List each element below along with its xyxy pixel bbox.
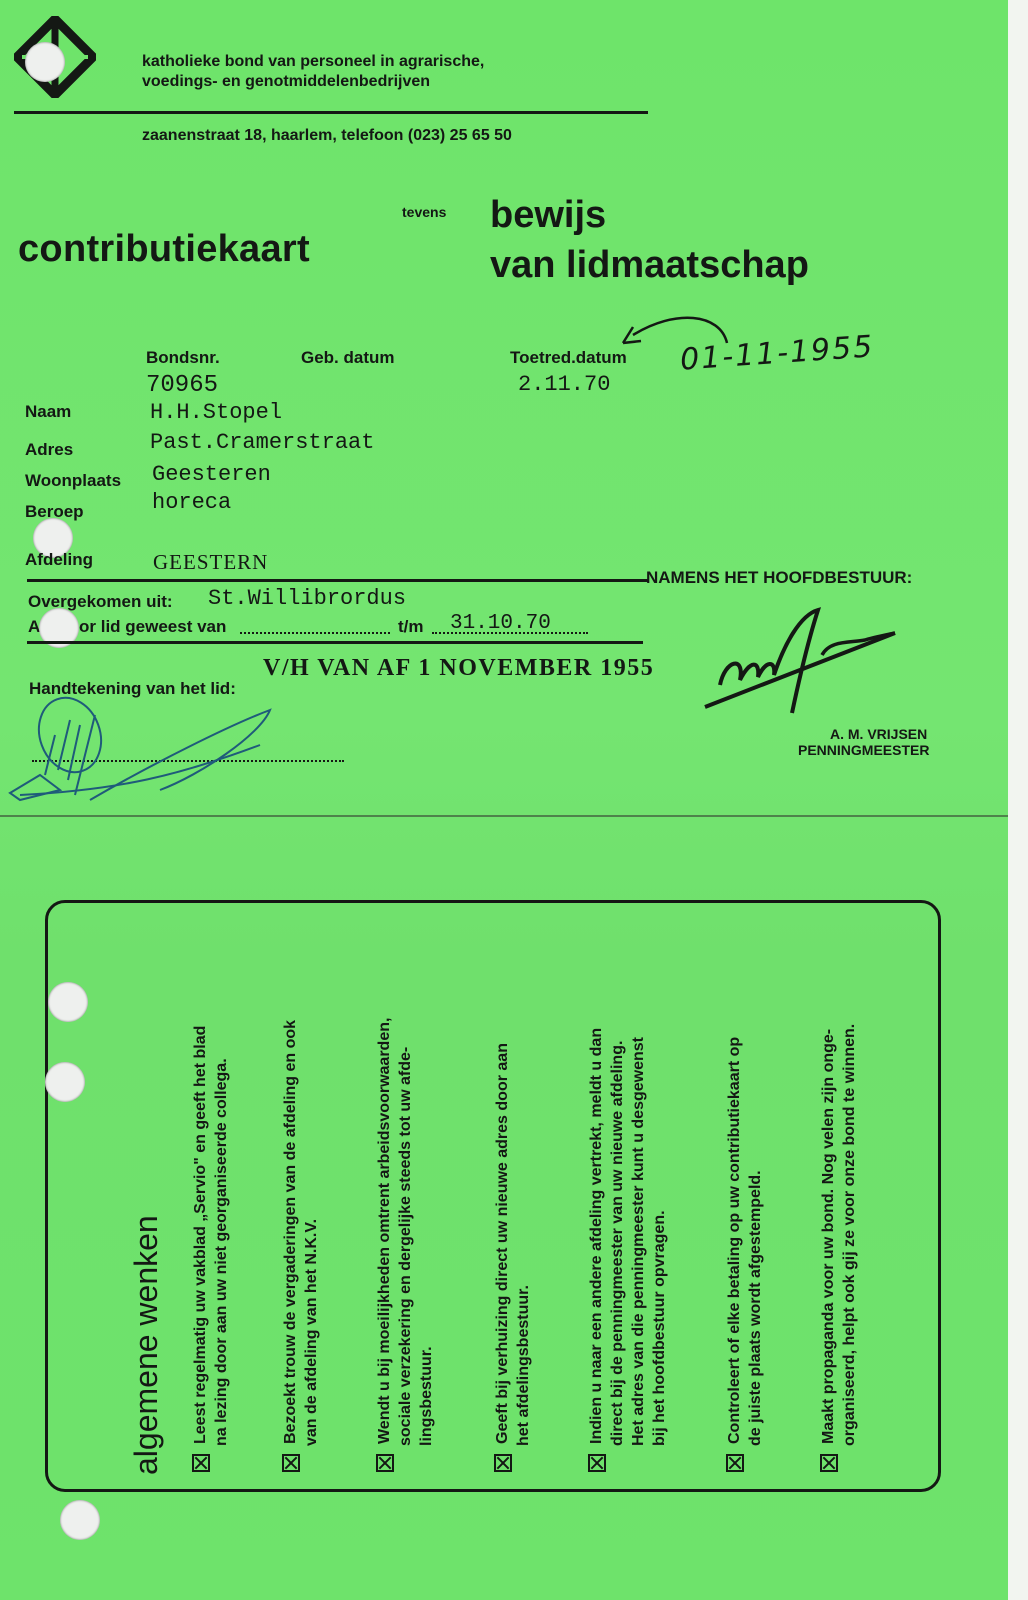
section-rule — [27, 641, 643, 644]
punch-hole — [48, 982, 88, 1022]
tip-item: Controleert of elke betaling op uw contr… — [724, 1037, 766, 1472]
beroep-value: horeca — [152, 490, 231, 515]
paper-edge — [1008, 0, 1028, 1600]
section-rule — [27, 579, 649, 582]
tip-item: Maakt propaganda voor uw bond. Nog velen… — [818, 1024, 860, 1472]
punch-hole — [45, 1062, 85, 1102]
tip-line: Indien u naar een andere afdeling vertre… — [586, 1028, 607, 1472]
naam-label: Naam — [25, 402, 71, 422]
checkbox-checked[interactable] — [494, 1454, 512, 1472]
punch-hole — [60, 1500, 100, 1540]
title-connector: tevens — [402, 204, 446, 220]
bondsnr-label: Bondsnr. — [146, 348, 220, 368]
tip-line: Controleert of elke betaling op uw contr… — [724, 1037, 745, 1472]
naam-value: H.H.Stopel — [150, 400, 282, 425]
tip-item: Indien u naar een andere afdeling vertre… — [586, 1028, 670, 1472]
tip-line: Wendt u bij moeilijkheden omtrent arbeid… — [374, 1018, 395, 1472]
tip-item: Bezoekt trouw de vergaderingen van de af… — [280, 1020, 322, 1472]
checkbox-checked[interactable] — [588, 1454, 606, 1472]
org-line-2: voedings- en genotmiddelenbedrijven — [142, 72, 484, 92]
checkbox-checked[interactable] — [282, 1454, 300, 1472]
member-signature — [0, 695, 290, 820]
tip-line: Geeft bij verhuizing direct uw nieuwe ad… — [492, 1043, 513, 1472]
tip-line: lingsbestuur. — [416, 1018, 437, 1472]
tip-line: Leest regelmatig uw vakblad „Servio" en … — [190, 1026, 211, 1472]
checkbox-checked[interactable] — [376, 1454, 394, 1472]
tip-item: Wendt u bij moeilijkheden omtrent arbeid… — [374, 1018, 437, 1472]
tip-line: Het adres van die penningmeester kunt u … — [628, 1028, 649, 1472]
board-signer-name: A. M. VRIJSEN — [830, 726, 927, 742]
toetred-datum-label: Toetred.datum — [510, 348, 627, 368]
tip-line: Bezoekt trouw de vergaderingen van de af… — [280, 1020, 301, 1472]
namens-hoofdbestuur-label: NAMENS HET HOOFDBESTUUR: — [646, 568, 912, 588]
tip-line: het afdelingsbestuur. — [513, 1043, 534, 1472]
checkbox-checked[interactable] — [820, 1454, 838, 1472]
eerder-lid-van-field — [240, 632, 390, 634]
subtitle-line-2: van lidmaatschap — [490, 240, 809, 290]
afdeling-label: Afdeling — [25, 550, 93, 570]
adres-value: Past.Cramerstraat — [150, 430, 374, 455]
woonplaats-value: Geesteren — [152, 462, 271, 487]
afdeling-value: GEESTERN — [153, 550, 268, 575]
toetred-datum-value: 2.11.70 — [518, 372, 610, 397]
board-signature — [700, 605, 905, 725]
tip-line: de juiste plaats wordt afgestempeld. — [745, 1037, 766, 1472]
checkbox-checked[interactable] — [192, 1454, 210, 1472]
subtitle-line-1: bewijs — [490, 190, 809, 240]
checkbox-checked[interactable] — [726, 1454, 744, 1472]
tip-item: Leest regelmatig uw vakblad „Servio" en … — [190, 1026, 232, 1472]
geb-datum-label: Geb. datum — [301, 348, 395, 368]
tip-line: na lezing door aan uw niet georganiseerd… — [211, 1026, 232, 1472]
card-subtitle: bewijs van lidmaatschap — [490, 190, 809, 290]
tip-line: van de afdeling van het N.K.V. — [301, 1020, 322, 1472]
org-line-1: katholieke bond van personeel in agraris… — [142, 52, 484, 72]
tip-item: Geeft bij verhuizing direct uw nieuwe ad… — [492, 1043, 534, 1472]
tips-heading: algemene wenken — [128, 1215, 165, 1475]
validity-stamp: V/H VAN AF 1 NOVEMBER 1955 — [263, 655, 654, 682]
overgekomen-value: St.Willibrordus — [208, 586, 406, 611]
tip-line: organiseerd, helpt ook gij ze voor onze … — [839, 1024, 860, 1472]
membership-card: katholieke bond van personeel in agraris… — [0, 0, 1008, 1600]
tm-value: 31.10.70 — [450, 612, 551, 635]
tip-line: sociale verzekering en dergelijke steeds… — [395, 1018, 416, 1472]
tip-line: bij het hoofdbestuur opvragen. — [649, 1028, 670, 1472]
tip-line: direct bij de penningmeester van uw nieu… — [607, 1028, 628, 1472]
bondsnr-value: 70965 — [146, 372, 218, 399]
board-signer-role: PENNINGMEESTER — [798, 742, 929, 758]
tm-label: t/m — [398, 617, 424, 637]
card-title: contributiekaart — [18, 228, 310, 271]
fold-line — [0, 815, 1008, 817]
punch-hole — [25, 42, 65, 82]
organization-address: zaanenstraat 18, haarlem, telefoon (023)… — [142, 127, 512, 145]
header-rule — [14, 111, 648, 114]
tip-line: Maakt propaganda voor uw bond. Nog velen… — [818, 1024, 839, 1472]
organization-name: katholieke bond van personeel in agraris… — [142, 52, 484, 92]
woonplaats-label: Woonplaats — [25, 471, 121, 491]
adres-label: Adres — [25, 440, 73, 460]
